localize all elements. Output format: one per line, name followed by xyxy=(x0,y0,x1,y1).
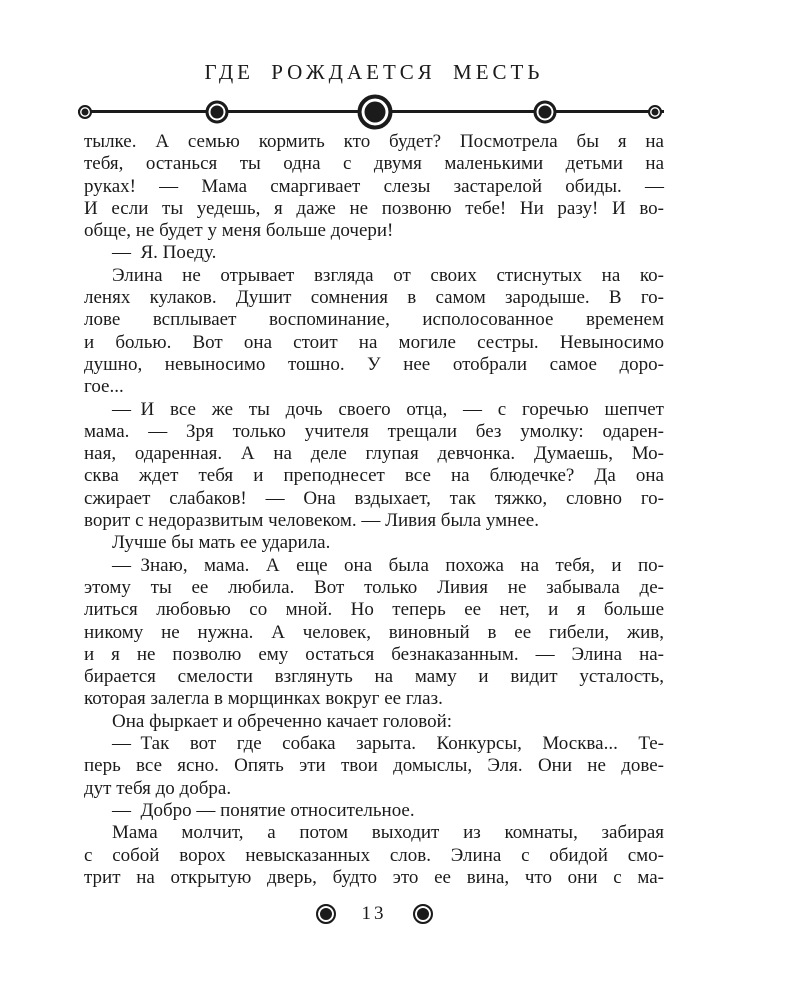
text-line: — Знаю, мама. А еще она была похожа на т… xyxy=(84,555,664,577)
fisheye-small-right-icon xyxy=(648,105,662,119)
text-line: И если ты уедешь, я даже не позвоню тебе… xyxy=(84,198,664,220)
text-line: — Я. Поеду. xyxy=(84,242,664,264)
text-line: ная, одаренная. А на деле глупая девчонк… xyxy=(84,443,664,465)
text-line: — Добро — понятие относительное. xyxy=(84,800,664,822)
fisheye-medium-left-icon xyxy=(206,100,229,123)
fisheye-footer-right-icon xyxy=(413,904,433,924)
text-line: Мама молчит, а потом выходит из комнаты,… xyxy=(84,822,664,844)
fisheye-medium-right-icon xyxy=(534,100,557,123)
text-line: которая залегла в морщинках вокруг ее гл… xyxy=(84,688,664,710)
text-line: гое... xyxy=(84,376,664,398)
page-footer: 13 xyxy=(84,901,664,927)
page-number: 13 xyxy=(362,904,387,924)
fisheye-small-left-icon xyxy=(78,105,92,119)
text-line: сква ждет тебя и преподнесет все на блюд… xyxy=(84,465,664,487)
text-line: бирается смелости взглянуть на маму и ви… xyxy=(84,666,664,688)
fisheye-footer-left-icon xyxy=(316,904,336,924)
text-line: — И все же ты дочь своего отца, — с горе… xyxy=(84,399,664,421)
running-title: ГДЕ РОЖДАЕТСЯ МЕСТЬ xyxy=(84,60,664,84)
text-line: перь все ясно. Опять эти твои домыслы, Э… xyxy=(84,755,664,777)
text-line: с собой ворох невысказанных слов. Элина … xyxy=(84,845,664,867)
text-line: лове всплывает воспоминание, исполосован… xyxy=(84,309,664,331)
text-line: обще, не будет у меня больше дочери! xyxy=(84,220,664,242)
text-line: Она фыркает и обреченно качает головой: xyxy=(84,711,664,733)
text-line: трит на открытую дверь, будто это ее вин… xyxy=(84,867,664,889)
text-block: тылке. А семью кормить кто будет? Посмот… xyxy=(84,131,664,889)
fisheye-large-center-icon xyxy=(358,94,393,129)
text-line: Элина не отрывает взгляда от своих стисн… xyxy=(84,265,664,287)
text-line: душно, невыносимо тошно. У нее отобрали … xyxy=(84,354,664,376)
text-line: ворит с недоразвитым человеком. — Ливия … xyxy=(84,510,664,532)
text-line: ленях кулаков. Душит сомнения в самом за… xyxy=(84,287,664,309)
text-line: тебя, останься ты одна с двумя маленьким… xyxy=(84,153,664,175)
text-line: никому не нужна. А человек, виновный в е… xyxy=(84,622,664,644)
text-line: — Так вот где собака зарыта. Конкурсы, М… xyxy=(84,733,664,755)
text-line: мама. — Зря только учителя трещали без у… xyxy=(84,421,664,443)
text-line: Лучше бы мать ее ударила. xyxy=(84,532,664,554)
text-line: и я не позволю ему остаться безнаказанны… xyxy=(84,644,664,666)
text-line: дут тебя до добра. xyxy=(84,778,664,800)
book-page: ГДЕ РОЖДАЕТСЯ МЕСТЬ тылке. А семью корми… xyxy=(0,0,800,1000)
text-line: этому ты ее любила. Вот только Ливия не … xyxy=(84,577,664,599)
text-line: литься любовью со мной. Но теперь ее нет… xyxy=(84,599,664,621)
text-line: руках! — Мама смаргивает слезы застарело… xyxy=(84,176,664,198)
text-line: сжирает слабаков! — Она вздыхает, так тя… xyxy=(84,488,664,510)
text-line: тылке. А семью кормить кто будет? Посмот… xyxy=(84,131,664,153)
text-line: и болью. Вот она стоит на могиле сестры.… xyxy=(84,332,664,354)
chapter-divider xyxy=(78,99,664,127)
